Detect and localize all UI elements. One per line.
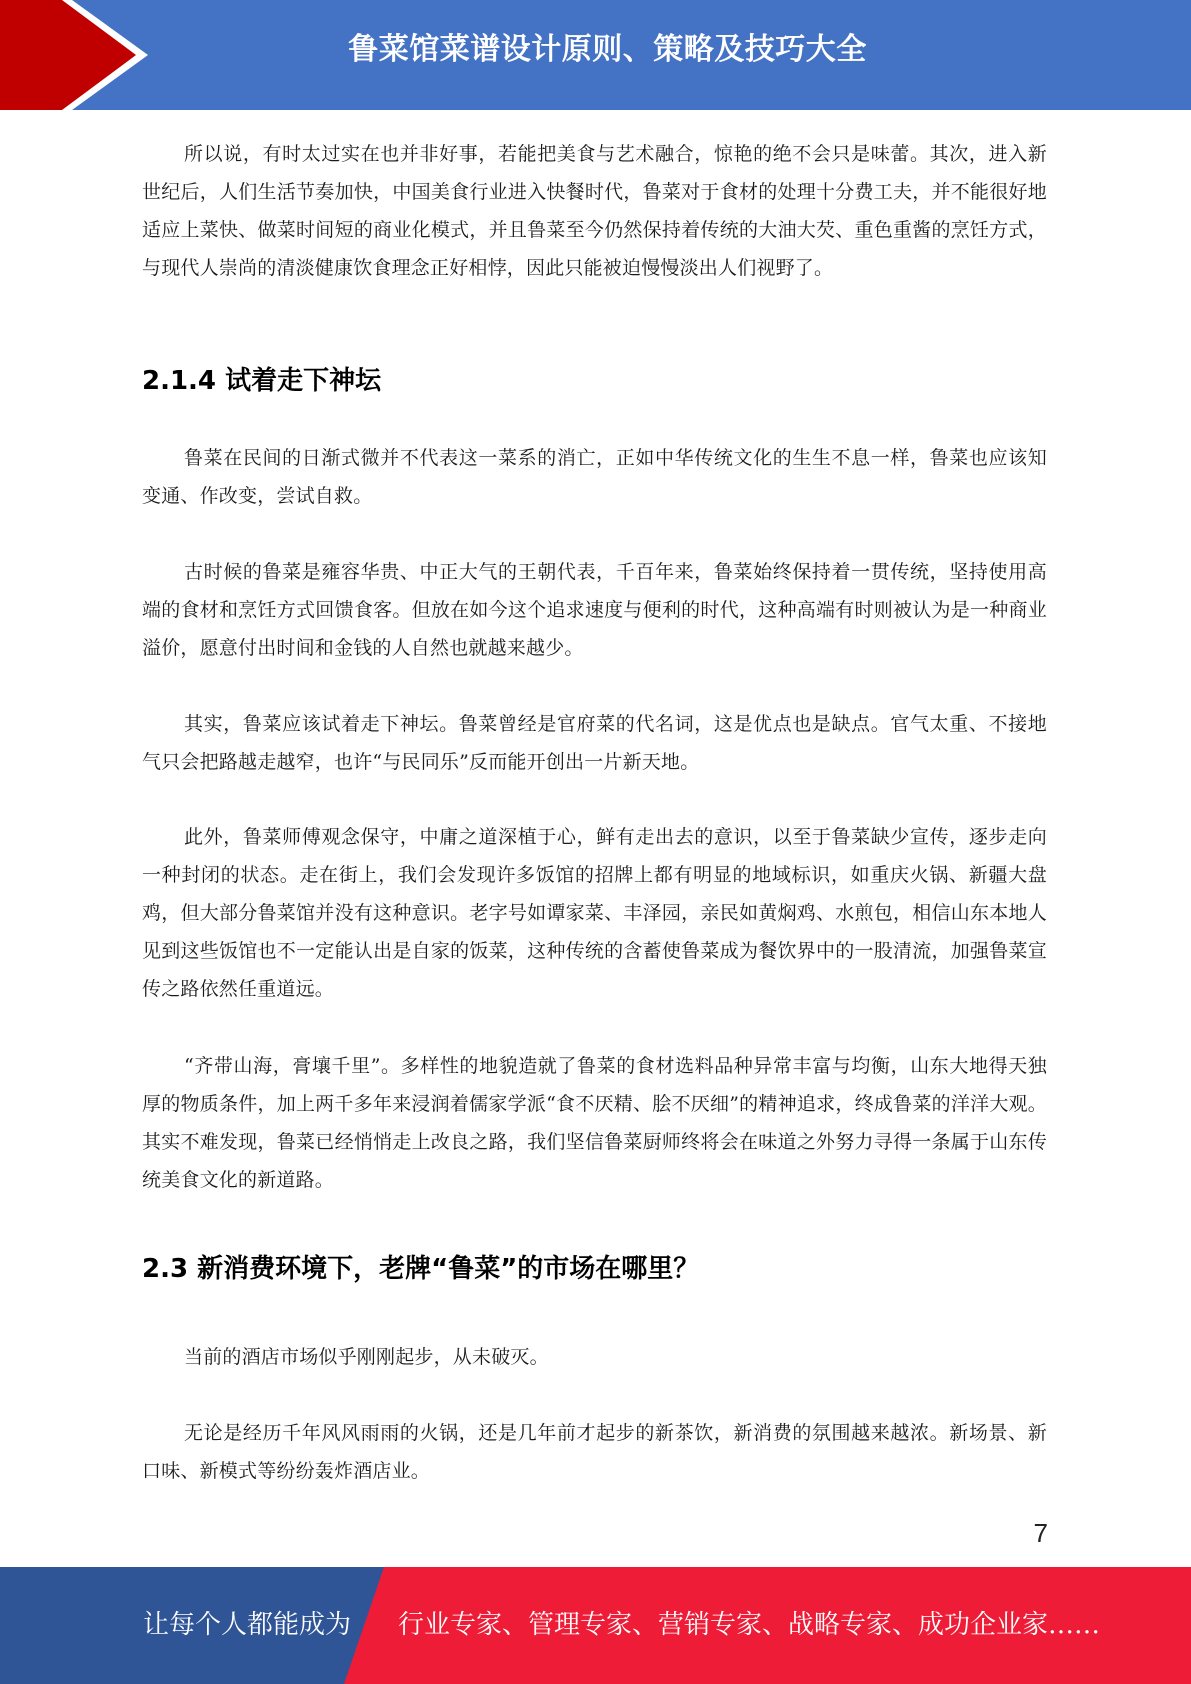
paragraph: 其实，鲁菜应该试着走下神坛。鲁菜曾经是官府菜的代名词，这是优点也是缺点。官气太重… xyxy=(142,705,1047,781)
paragraph: 所以说，有时太过实在也并非好事，若能把美食与艺术融合，惊艳的绝不会只是味蕾。其次… xyxy=(142,135,1047,287)
paragraph: 无论是经历千年风风雨雨的火锅，还是几年前才起步的新茶饮，新消费的氛围越来越浓。新… xyxy=(142,1414,1047,1490)
page-header: 鲁菜馆菜谱设计原则、策略及技巧大全 xyxy=(0,0,1191,110)
footer-slogan-right: 行业专家、管理专家、营销专家、战略专家、成功企业家…… xyxy=(398,1567,1100,1684)
paragraph: 此外，鲁菜师傅观念保守，中庸之道深植于心，鲜有走出去的意识，以至于鲁菜缺少宣传，… xyxy=(142,818,1047,1008)
page-number: 7 xyxy=(1034,1518,1048,1549)
document-title: 鲁菜馆菜谱设计原则、策略及技巧大全 xyxy=(0,0,1191,100)
paragraph: 古时候的鲁菜是雍容华贵、中正大气的王朝代表，千百年来，鲁菜始终保持着一贯传统，坚… xyxy=(142,553,1047,667)
footer-slogan-left: 让每个人都能成为 xyxy=(143,1567,351,1684)
paragraph: 鲁菜在民间的日渐式微并不代表这一菜系的消亡，正如中华传统文化的生生不息一样，鲁菜… xyxy=(142,439,1047,515)
paragraph: 当前的酒店市场似乎刚刚起步，从未破灭。 xyxy=(142,1338,1047,1376)
paragraph: “齐带山海，膏壤千里”。多样性的地貌造就了鲁菜的食材选料品种异常丰富与均衡，山东… xyxy=(142,1047,1047,1199)
page-footer: 让每个人都能成为 行业专家、管理专家、营销专家、战略专家、成功企业家…… xyxy=(0,1567,1191,1684)
section-heading-2-3: 2.3 新消费环境下，老牌“鲁菜”的市场在哪里？ xyxy=(142,1248,699,1285)
section-heading-2-1-4: 2.1.4 试着走下神坛 xyxy=(142,360,381,397)
